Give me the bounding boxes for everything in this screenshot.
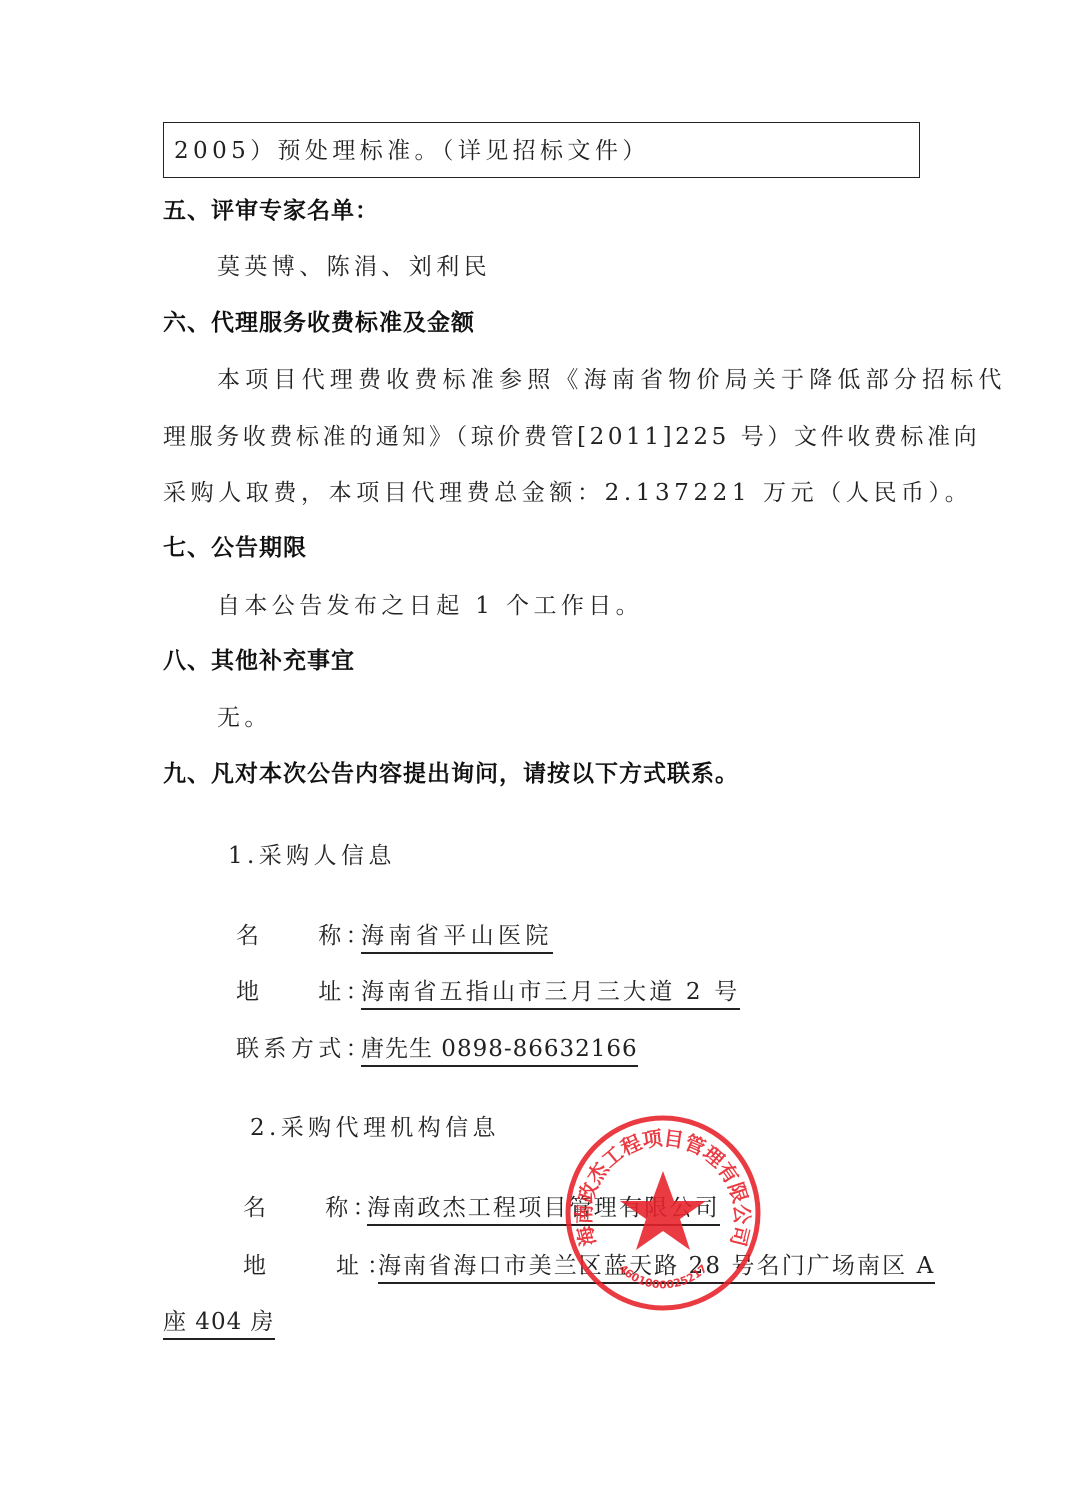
section-8-heading: 八、其他补充事宜 <box>163 646 355 676</box>
expert-list: 莫英博、陈涓、刘利民 <box>217 252 491 282</box>
purchaser-address-label: 地 址： <box>236 977 373 1007</box>
table-cell-box: 2005）预处理标准。（详见招标文件） <box>163 122 920 178</box>
agency-address-label: 地 址： <box>243 1251 398 1281</box>
purchaser-contact-label: 联系方式： <box>236 1034 373 1064</box>
purchaser-name-label: 名 称： <box>236 921 373 951</box>
purchaser-name-value: 海南省平山医院 <box>361 921 553 954</box>
fee-paragraph-line-1: 本项目代理费收费标准参照《海南省物价局关于降低部分招标代 <box>217 365 1007 395</box>
agency-address-value-line-2: 座 404 房 <box>163 1307 275 1340</box>
section-7-heading: 七、公告期限 <box>163 533 307 563</box>
purchaser-address-value: 海南省五指山市三月三大道 2 号 <box>361 977 740 1010</box>
agency-name-value: 海南政杰工程项目管理有限公司 <box>367 1193 720 1226</box>
fee-paragraph-line-2: 理服务收费标准的通知》（琼价费管[2011]225 号）文件收费标准向 <box>163 422 980 452</box>
agency-address-value-line-1: 海南省海口市美兰区蓝天路 28 号名门广场南区 A <box>378 1251 935 1284</box>
agency-info-title: 2.采购代理机构信息 <box>250 1113 500 1143</box>
agency-name-label: 名 称： <box>243 1193 380 1223</box>
other-matters-text: 无。 <box>217 703 272 733</box>
notice-period-text: 自本公告发布之日起 1 个工作日。 <box>217 591 643 621</box>
section-9-heading: 九、凡对本次公告内容提出询问，请按以下方式联系。 <box>163 759 739 789</box>
box-text: 2005）预处理标准。（详见招标文件） <box>174 136 650 166</box>
fee-paragraph-line-3: 采购人取费，本项目代理费总金额：2.137221 万元（人民币）。 <box>163 478 972 508</box>
svg-text:海南政杰工程项目管理有限公司: 海南政杰工程项目管理有限公司 <box>572 1126 755 1249</box>
section-5-heading: 五、评审专家名单： <box>163 196 379 226</box>
section-6-heading: 六、代理服务收费标准及金额 <box>163 308 475 338</box>
purchaser-info-title: 1.采购人信息 <box>228 841 396 871</box>
purchaser-contact-value: 唐先生 0898-86632166 <box>361 1034 638 1067</box>
